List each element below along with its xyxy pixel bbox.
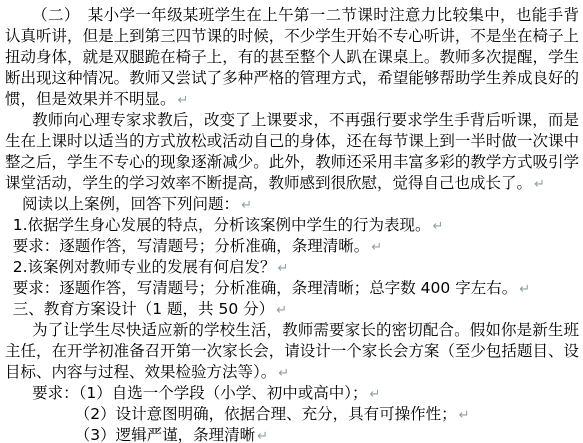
line-text: 要求：逐题作答，写清题号；分析准确，条理清晰；总字数 400 字左右。 xyxy=(13,279,517,297)
paragraph-mark-icon: ↵ xyxy=(257,429,268,443)
line-text: （2）设计意图明确，依据合理、充分，具有可操作性； xyxy=(75,405,457,423)
paragraph-mark-icon: ↵ xyxy=(519,282,530,297)
text-line: 课堂活动，学生的学习效率不断提高，教师感到很欣慰，觉得自己也成长了。↵ xyxy=(5,173,579,194)
text-line: 1.依据学生身心发展的特点，分析该案例中学生的行为表现。↵ xyxy=(5,215,579,236)
text-line: 认真听讲，但是上到第三四节课的时候，不少学生开始不专心听讲，不是坐在椅子上不停地 xyxy=(5,26,579,47)
text-line: 扭动身体，就是双腿跪在椅子上，有的甚至整个人趴在课桌上。教师多次提醒，学生还是不 xyxy=(5,47,579,68)
line-text: 生在上课时以适当的方式放松或活动自己的身体，还在每节课上到一半时做一次课中操。调 xyxy=(5,132,579,152)
text-line: （2）设计意图明确，依据合理、充分，具有可操作性；↵ xyxy=(5,404,579,425)
text-line: 教师向心理专家求教后，改变了上课要求，不再强行要求学生手背后听课，而是允许学 xyxy=(5,110,579,131)
text-line: 惯，但是效果并不明显。↵ xyxy=(5,89,579,110)
line-text: 认真听讲，但是上到第三四节课的时候，不少学生开始不专心听讲，不是坐在椅子上不停地 xyxy=(5,27,579,47)
line-text: 扭动身体，就是双腿跪在椅子上，有的甚至整个人趴在课桌上。教师多次提醒，学生还是不 xyxy=(5,48,579,68)
line-text: 惯，但是效果并不明显。 xyxy=(5,90,176,108)
line-text: 为了让学生尽快适应新的学校生活，教师需要家长的密切配合。假如你是新生班级的班 xyxy=(32,321,579,341)
document-body: （二） 某小学一年级某班学生在上午第一二节课时注意力比较集中，也能手背后坐好认真… xyxy=(5,5,579,443)
text-line: （二） 某小学一年级某班学生在上午第一二节课时注意力比较集中，也能手背后坐好 xyxy=(5,5,579,26)
line-text: 阅读以上案例，回答下列问题： xyxy=(22,195,239,213)
text-line: 主任，在开学初准备召开第一次家长会，请设计一个家长会方案（至少包括题目、设计依据… xyxy=(5,341,579,362)
text-line: 要求：逐题作答，写清题号；分析准确，条理清晰。↵ xyxy=(5,236,579,257)
line-text: （3）逻辑严谨，条理清晰 xyxy=(75,426,255,443)
paragraph-mark-icon: ↵ xyxy=(433,219,444,234)
text-line: 生在上课时以适当的方式放松或活动自己的身体，还在每节课上到一半时做一次课中操。调 xyxy=(5,131,579,152)
line-text: 要求：逐题作答，写清题号；分析准确，条理清晰。 xyxy=(13,237,370,255)
paragraph-mark-icon: ↵ xyxy=(459,408,470,423)
line-text: 目标、内容与过程、效果检验方法等）。 xyxy=(5,363,276,381)
paragraph-mark-icon: ↵ xyxy=(278,261,289,276)
paragraph-mark-icon: ↵ xyxy=(534,177,545,192)
paragraph-mark-icon: ↵ xyxy=(371,240,382,255)
line-text: 三、教育方案设计（1 题，共 50 分） xyxy=(13,300,274,318)
line-text: （二） 某小学一年级某班学生在上午第一二节课时注意力比较集中，也能手背后坐好 xyxy=(32,6,579,26)
line-text: 要求：（1）自选一个学段（小学、初中或高中）； xyxy=(32,384,367,402)
document-page: （二） 某小学一年级某班学生在上午第一二节课时注意力比较集中，也能手背后坐好认真… xyxy=(0,0,583,443)
line-text: 1.依据学生身心发展的特点，分析该案例中学生的行为表现。 xyxy=(13,216,431,234)
text-line: 要求：逐题作答，写清题号；分析准确，条理清晰；总字数 400 字左右。↵ xyxy=(5,278,579,299)
text-line: （3）逻辑严谨，条理清晰↵ xyxy=(5,425,579,443)
line-text: 主任，在开学初准备召开第一次家长会，请设计一个家长会方案（至少包括题目、设计依据… xyxy=(5,342,579,362)
text-line: 阅读以上案例，回答下列问题：↵ xyxy=(5,194,579,215)
line-text: 课堂活动，学生的学习效率不断提高，教师感到很欣慰，觉得自己也成长了。 xyxy=(5,174,532,192)
paragraph-mark-icon: ↵ xyxy=(370,387,381,402)
paragraph-mark-icon: ↵ xyxy=(278,366,289,381)
paragraph-mark-icon: ↵ xyxy=(241,198,252,213)
text-line: 2.该案例对教师专业的发展有何启发？↵ xyxy=(5,257,579,278)
line-text: 2.该案例对教师专业的发展有何启发？ xyxy=(13,258,276,276)
text-line: 为了让学生尽快适应新的学校生活，教师需要家长的密切配合。假如你是新生班级的班 xyxy=(5,320,579,341)
text-line: 目标、内容与过程、效果检验方法等）。↵ xyxy=(5,362,579,383)
line-text: 整之后，学生不专心的现象逐渐减少。此外，教师还采用丰富多彩的教学方式吸引学生参与 xyxy=(5,153,579,173)
text-line: 断出现这种情况。教师又尝试了多种严格的管理方式，希望能够帮助学生养成良好的学习习 xyxy=(5,68,579,89)
line-text: 断出现这种情况。教师又尝试了多种严格的管理方式，希望能够帮助学生养成良好的学习习 xyxy=(5,69,579,89)
paragraph-mark-icon: ↵ xyxy=(178,93,189,108)
text-line: 要求：（1）自选一个学段（小学、初中或高中）；↵ xyxy=(5,383,579,404)
paragraph-mark-icon: ↵ xyxy=(276,303,287,318)
text-line: 整之后，学生不专心的现象逐渐减少。此外，教师还采用丰富多彩的教学方式吸引学生参与 xyxy=(5,152,579,173)
text-line: 三、教育方案设计（1 题，共 50 分）↵ xyxy=(5,299,579,320)
line-text: 教师向心理专家求教后，改变了上课要求，不再强行要求学生手背后听课，而是允许学 xyxy=(32,111,579,131)
